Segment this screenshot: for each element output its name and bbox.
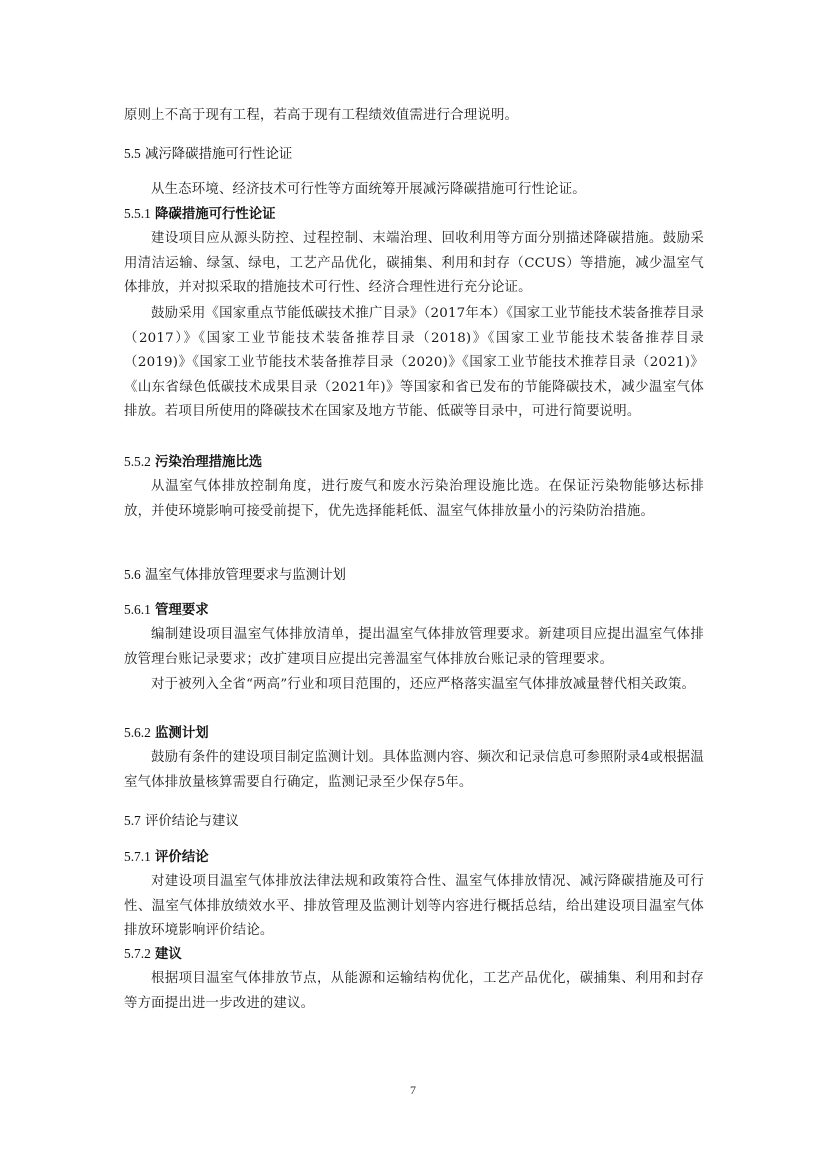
heading-5-7-1: 5.7.1 评价结论 xyxy=(124,848,209,867)
heading-5-5: 5.5 减污降碳措施可行性论证 xyxy=(124,145,292,164)
paragraph-5-7-1: 对建设项目温室气体排放法律法规和政策符合性、温室气体排放情况、减污降碳措施及可行… xyxy=(124,870,704,944)
heading-5-5-1: 5.5.1 降碳措施可行性论证 xyxy=(124,205,276,224)
paragraph-5-6-1-a: 编制建设项目温室气体排放清单，提出温室气体排放管理要求。新建项目应提出温室气体排… xyxy=(124,623,704,672)
heading-number: 5.5.2 xyxy=(124,454,151,469)
paragraph-5-5-1-a: 建设项目应从源头防控、过程控制、末端治理、回收利用等方面分别描述降碳措施。鼓励采… xyxy=(124,227,704,301)
heading-number: 5.6.2 xyxy=(124,725,151,740)
paragraph-5-7-2: 根据项目温室气体排放节点，从能源和运输结构优化，工艺产品优化，碳捕集、利用和封存… xyxy=(124,967,704,1016)
paragraph-5-5-1-b: 鼓励采用《国家重点节能低碳技术推广目录》（2017年本）《国家工业节能技术装备推… xyxy=(124,302,704,425)
heading-5-5-2: 5.5.2 污染治理措施比选 xyxy=(124,453,262,472)
heading-number: 5.7.1 xyxy=(124,849,151,864)
paragraph-5-6-2: 鼓励有条件的建设项目制定监测计划。具体监测内容、频次和记录信息可参照附录4或根据… xyxy=(124,746,704,795)
heading-title: 管理要求 xyxy=(155,603,209,618)
heading-5-6-1: 5.6.1 管理要求 xyxy=(124,601,209,620)
heading-number: 5.6.1 xyxy=(124,602,151,617)
heading-5-7: 5.7 评价结论与建议 xyxy=(124,812,239,831)
heading-number: 5.5.1 xyxy=(124,206,151,221)
heading-title: 降碳措施可行性论证 xyxy=(155,207,276,222)
heading-title: 监测计划 xyxy=(155,726,209,741)
heading-title: 污染治理措施比选 xyxy=(155,455,262,470)
heading-5-7-2: 5.7.2 建议 xyxy=(124,945,182,964)
paragraph-5-5-2: 从温室气体排放控制角度，进行废气和废水污染治理设施比选。在保证污染物能够达标排放… xyxy=(124,475,704,524)
heading-5-6-2: 5.6.2 监测计划 xyxy=(124,724,209,743)
heading-number: 5.7.2 xyxy=(124,946,151,961)
paragraph-5-6-1-b: 对于被列入全省“两高”行业和项目范围的，还应严格落实温室气体排放减量替代相关政策… xyxy=(124,673,704,698)
heading-title: 建议 xyxy=(155,947,182,962)
heading-number: 5.6 xyxy=(124,567,141,582)
heading-number: 5.7 xyxy=(124,813,141,828)
intro-line: 原则上不高于现有工程，若高于现有工程绩效值需进行合理说明。 xyxy=(124,104,704,129)
heading-title: 评价结论与建议 xyxy=(145,814,239,829)
heading-title: 评价结论 xyxy=(155,850,209,865)
heading-5-6: 5.6 温室气体排放管理要求与监测计划 xyxy=(124,566,346,585)
heading-title: 温室气体排放管理要求与监测计划 xyxy=(145,568,346,583)
heading-title: 减污降碳措施可行性论证 xyxy=(145,147,292,162)
heading-number: 5.5 xyxy=(124,146,141,161)
document-page: 原则上不高于现有工程，若高于现有工程绩效值需进行合理说明。 5.5 减污降碳措施… xyxy=(0,0,826,1169)
page-number: 7 xyxy=(0,1083,826,1098)
paragraph-5-5: 从生态环境、经济技术可行性等方面统筹开展减污降碳措施可行性论证。 xyxy=(124,178,704,203)
